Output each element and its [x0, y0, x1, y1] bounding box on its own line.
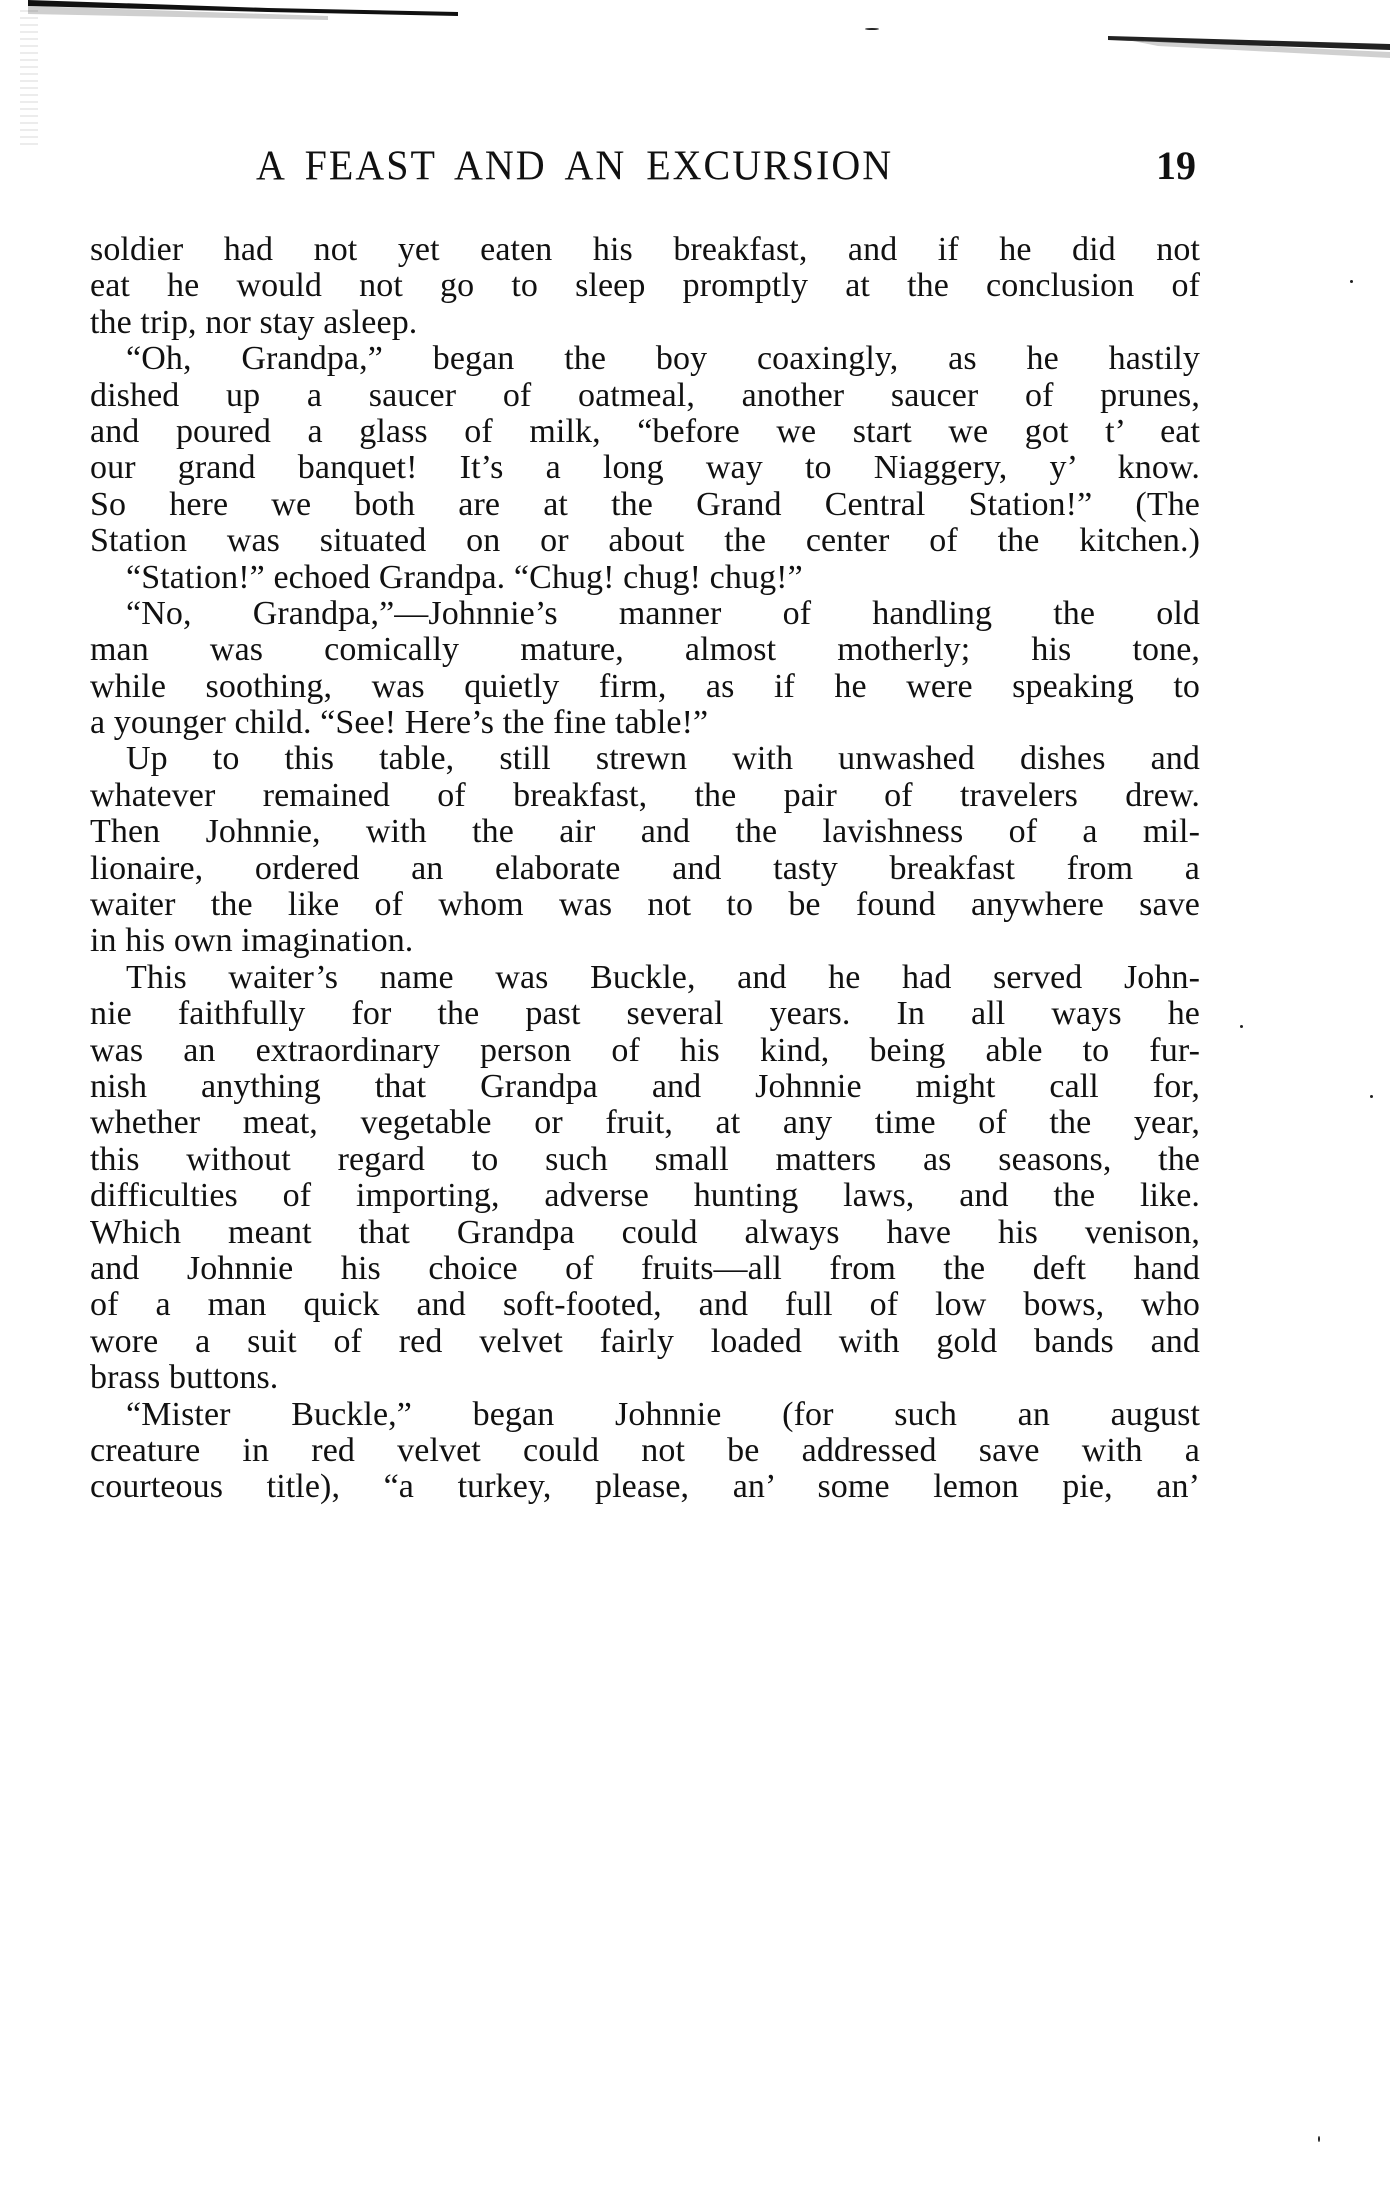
text-line: creature in red velvet could not be addr… — [90, 1433, 1200, 1469]
text-line: man was comically mature, almost motherl… — [90, 632, 1200, 668]
text-line: difficulties of importing, adverse hunti… — [90, 1178, 1200, 1214]
text-line: was an extraordinary person of his kind,… — [90, 1033, 1200, 1069]
text-line: “No, Grandpa,”—Johnnie’s manner of handl… — [90, 596, 1200, 632]
text-line: Station was situated on or about the cen… — [90, 523, 1200, 559]
text-line: This waiter’s name was Buckle, and he ha… — [90, 960, 1200, 996]
page-number: 19 — [1156, 142, 1196, 189]
text-line: this without regard to such small matter… — [90, 1142, 1200, 1178]
text-line: Then Johnnie, with the air and the lavis… — [90, 814, 1200, 850]
text-line: nish anything that Grandpa and Johnnie m… — [90, 1069, 1200, 1105]
scan-edge-left — [20, 10, 38, 150]
paragraph: “Oh, Grandpa,” began the boy coaxingly, … — [90, 341, 1200, 559]
paragraph: “No, Grandpa,”—Johnnie’s manner of handl… — [90, 596, 1200, 742]
text-line: dished up a saucer of oatmeal, another s… — [90, 378, 1200, 414]
text-line: Which meant that Grandpa could always ha… — [90, 1215, 1200, 1251]
text-line: while soothing, was quietly firm, as if … — [90, 669, 1200, 705]
scan-edge-top — [28, 0, 1390, 60]
text-line: nie faithfully for the past several year… — [90, 996, 1200, 1032]
text-line: “Mister Buckle,” began Johnnie (for such… — [90, 1397, 1200, 1433]
text-line: and poured a glass of milk, “before we s… — [90, 414, 1200, 450]
paragraph: Up to this table, still strewn with unwa… — [90, 741, 1200, 959]
text-line: whether meat, vegetable or fruit, at any… — [90, 1105, 1200, 1141]
scan-speck — [1370, 1095, 1373, 1098]
running-title: A FEAST AND AN EXCURSION — [256, 141, 893, 190]
paragraph: “Mister Buckle,” began Johnnie (for such… — [90, 1397, 1200, 1506]
text-line: a younger child. “See! Here’s the fine t… — [90, 705, 1200, 741]
text-line: in his own imagination. — [90, 923, 1200, 959]
text-line: waiter the like of whom was not to be fo… — [90, 887, 1200, 923]
text-line: our grand banquet! It’s a long way to Ni… — [90, 450, 1200, 486]
scan-speck — [1240, 1025, 1243, 1028]
text-line: and Johnnie his choice of fruits—all fro… — [90, 1251, 1200, 1287]
text-line: “Station!” echoed Grandpa. “Chug! chug! … — [90, 560, 1200, 596]
text-line: So here we both are at the Grand Central… — [90, 487, 1200, 523]
text-line: brass buttons. — [90, 1360, 1200, 1396]
scan-speck — [1350, 280, 1353, 283]
text-line: whatever remained of breakfast, the pair… — [90, 778, 1200, 814]
scan-speck — [1318, 2136, 1320, 2142]
body-text: soldier had not yet eaten his breakfast,… — [90, 232, 1200, 1506]
paragraph: This waiter’s name was Buckle, and he ha… — [90, 960, 1200, 1397]
running-head: A FEAST AND AN EXCURSION 19 — [256, 142, 1196, 192]
text-line: eat he would not go to sleep promptly at… — [90, 268, 1200, 304]
text-line: of a man quick and soft-footed, and full… — [90, 1287, 1200, 1323]
text-line: courteous title), “a turkey, please, an’… — [90, 1469, 1200, 1505]
text-line: soldier had not yet eaten his breakfast,… — [90, 232, 1200, 268]
text-line: wore a suit of red velvet fairly loaded … — [90, 1324, 1200, 1360]
scan-speck — [865, 28, 879, 30]
paragraph: soldier had not yet eaten his breakfast,… — [90, 232, 1200, 341]
text-line: lionaire, ordered an elaborate and tasty… — [90, 851, 1200, 887]
text-line: the trip, nor stay asleep. — [90, 305, 1200, 341]
text-line: “Oh, Grandpa,” began the boy coaxingly, … — [90, 341, 1200, 377]
text-line: Up to this table, still strewn with unwa… — [90, 741, 1200, 777]
paragraph: “Station!” echoed Grandpa. “Chug! chug! … — [90, 560, 1200, 596]
